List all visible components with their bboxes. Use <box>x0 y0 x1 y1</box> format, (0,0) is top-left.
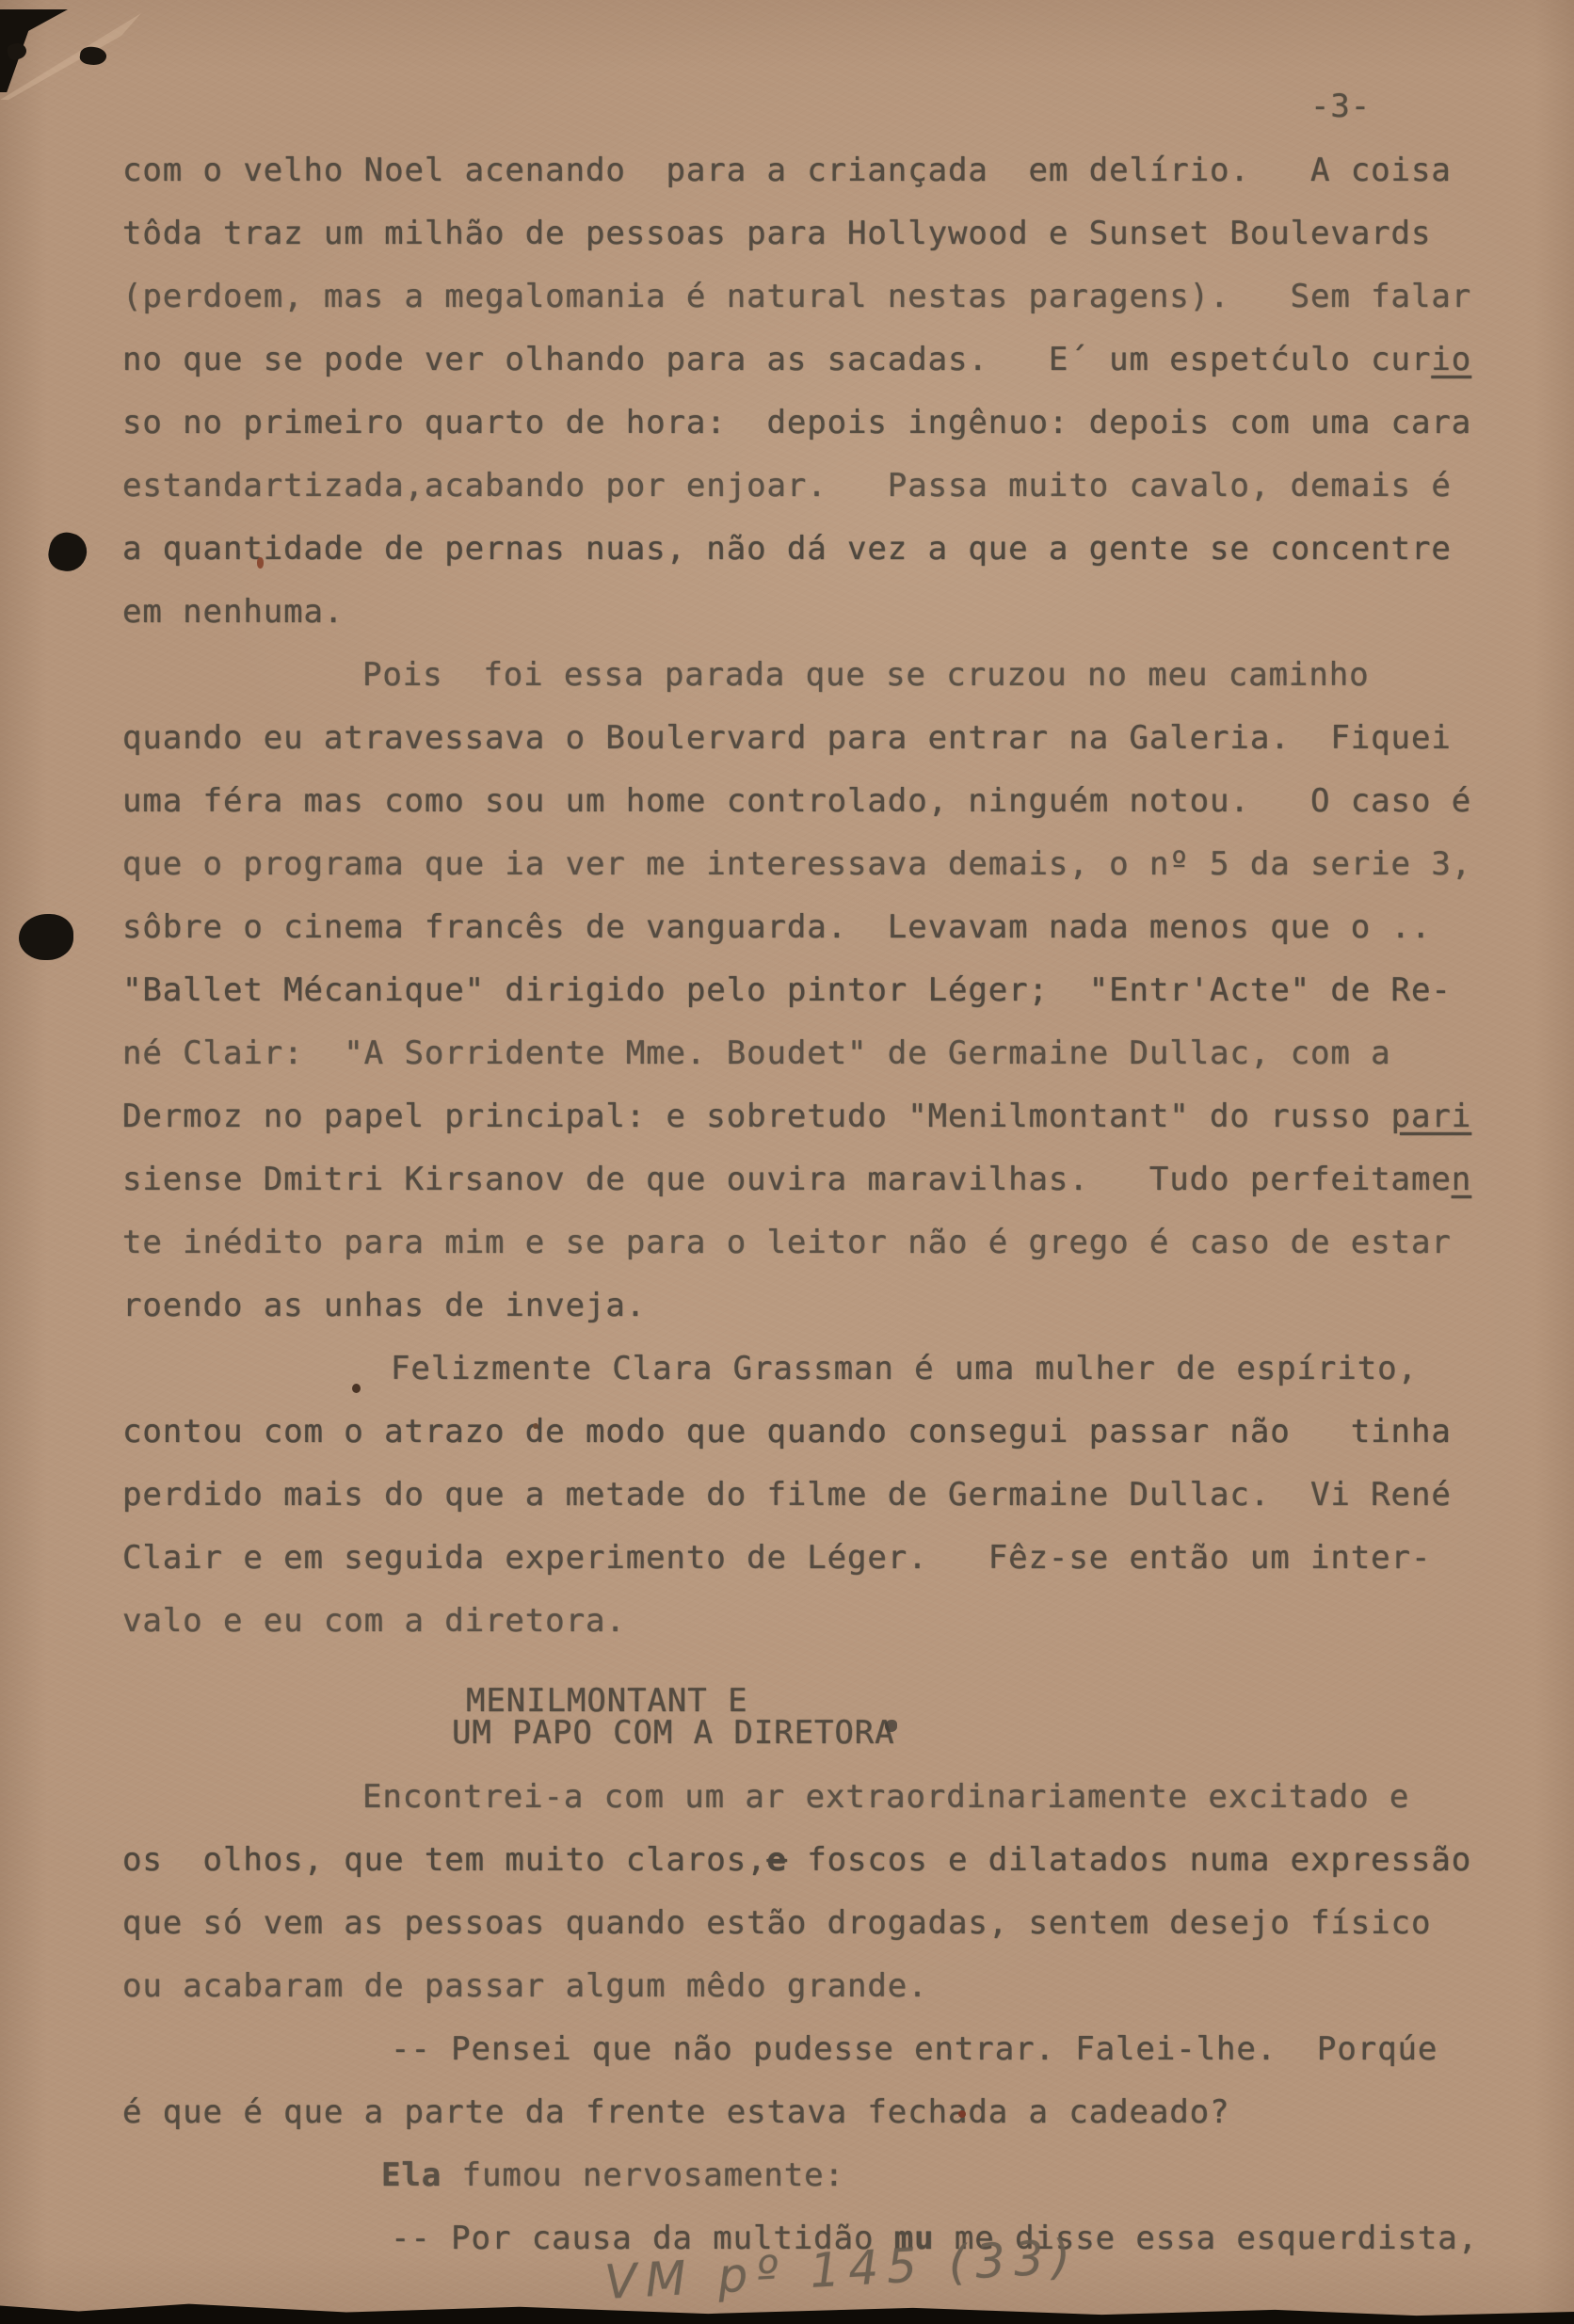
staple-mark <box>79 45 107 67</box>
typed-line: perdido mais do que a metade do filme de… <box>122 1477 1452 1513</box>
typed-line: que o programa que ia ver me interessava… <box>122 846 1471 882</box>
paper-speck <box>533 1423 538 1429</box>
typed-line: uma féra mas como sou um home controlado… <box>122 783 1471 819</box>
typed-line: com o velho Noel acenando para a criança… <box>122 152 1452 188</box>
paper-speck <box>958 2110 966 2118</box>
paper-speck <box>257 557 264 569</box>
typed-line: valo e eu com a diretora. <box>122 1603 626 1639</box>
typed-line: tôda traz um milhão de pessoas para Holl… <box>122 216 1431 251</box>
typed-line: te inédito para mim e se para o leitor n… <box>122 1225 1452 1260</box>
scan-edge-strip <box>0 2300 1574 2324</box>
typed-line: -- Pensei que não pudesse entrar. Falei-… <box>391 2031 1437 2067</box>
typed-line: ou acabaram de passar algum mêdo grande. <box>122 1968 928 2004</box>
typed-line: estandartizada,acabando por enjoar. Pass… <box>122 468 1452 504</box>
typed-line: Clair e em seguida experimento de Léger.… <box>122 1540 1431 1576</box>
typed-line: Ela fumou nervosamente: <box>381 2157 844 2193</box>
typed-line: contou com o atrazo de modo que quando c… <box>122 1414 1452 1450</box>
paper-speck <box>352 1384 361 1393</box>
typed-line: a quantidade de pernas nuas, não dá vez … <box>122 531 1452 567</box>
typed-line: so no primeiro quarto de hora: depois in… <box>122 405 1471 441</box>
typed-line: né Clair: "A Sorridente Mme. Boudet" de … <box>122 1035 1391 1071</box>
page-number: -3- <box>1310 88 1371 125</box>
typed-line: roendo as unhas de inveja. <box>122 1288 646 1323</box>
section-heading-line: UM PAPO COM A DIRETORA <box>452 1715 895 1751</box>
typed-line: sôbre o cinema francês de vanguarda. Lev… <box>122 909 1431 945</box>
typed-line: siense Dmitri Kirsanov de que ouvira mar… <box>122 1162 1471 1197</box>
ink-mark <box>885 1720 897 1732</box>
typed-line: Pois foi essa parada que se cruzou no me… <box>362 657 1370 693</box>
typed-line: que só vem as pessoas quando estão droga… <box>122 1905 1431 1941</box>
typescript-page: -3- com o velho Noel acenando para a cri… <box>0 0 1574 2324</box>
typed-line: Encontrei-a com um ar extraordinariament… <box>362 1779 1409 1815</box>
typed-line: os olhos, que tem muito claros,e foscos … <box>122 1842 1471 1878</box>
typed-line: quando eu atravessava o Boulervard para … <box>122 720 1452 756</box>
typed-line: "Ballet Mécanique" dirigido pelo pintor … <box>122 972 1452 1008</box>
punch-hole <box>45 529 90 574</box>
punch-hole <box>19 914 73 960</box>
typed-line: em nenhuma. <box>122 594 344 630</box>
typed-line: no que se pode ver olhando para as sacad… <box>122 342 1471 377</box>
typed-line: (perdoem, mas a megalomania é natural ne… <box>122 279 1471 314</box>
typed-line: é que é que a parte da frente estava fec… <box>122 2094 1229 2130</box>
typed-line: Dermoz no papel principal: e sobretudo "… <box>122 1098 1471 1134</box>
typed-line: Felizmente Clara Grassman é uma mulher d… <box>391 1351 1418 1386</box>
